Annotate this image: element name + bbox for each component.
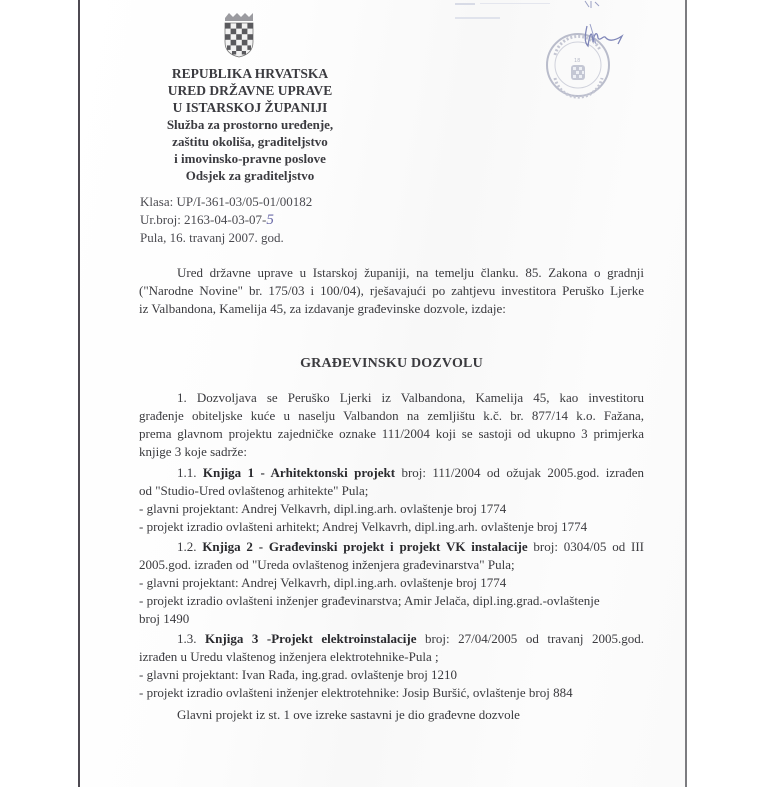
intro-paragraph: Ured državne uprave u Istarskoj županiji…	[139, 264, 644, 318]
book-3-section: 1.3. Knjiga 3 -Projekt elektroinstalacij…	[139, 630, 644, 702]
urbroj-handwritten: 5	[266, 212, 274, 228]
book-1-title: Knjiga 1 - Arhitektonski projekt	[203, 465, 395, 480]
book-2-details: broj: 0304/05 od III	[528, 539, 644, 554]
header-line: URED DRŽAVNE UPRAVE	[140, 82, 360, 99]
book-3-line: 1.3. Knjiga 3 -Projekt elektroinstalacij…	[139, 630, 644, 648]
intro-line: Ured državne uprave u Istarskoj županiji…	[139, 264, 644, 282]
book-1-line: - projekt izradio ovlašteni arhitekt; An…	[139, 518, 644, 536]
book-1-number: 1.1.	[177, 465, 197, 480]
urbroj-number: Ur.broj: 2163-04-03-07-5	[140, 211, 312, 230]
book-2-line: broj 1490	[139, 610, 644, 628]
book-3-number: 1.3.	[177, 631, 197, 646]
faint-header-marks	[455, 0, 605, 10]
point-1-paragraph: 1. Dozvoljava se Peruško Ljerki iz Valba…	[139, 389, 644, 461]
book-3-line: izrađen u Uredu vlaštenog inženjera elek…	[139, 648, 644, 666]
book-1-details: broj: 111/2004 od ožujak 2005.god. izrađ…	[395, 465, 644, 480]
book-2-title: Knjiga 2 - Građevinski projekt i projekt…	[202, 539, 527, 554]
book-2-line: - glavni projektant: Andrej Velkavrh, di…	[139, 574, 644, 592]
book-2-number: 1.2.	[177, 539, 197, 554]
book-2-line: - projekt izradio ovlašteni inženjer gra…	[139, 592, 644, 610]
intro-line: ("Narodne Novine" br. 175/03 i 100/04), …	[139, 282, 644, 300]
book-2-line: 1.2. Knjiga 2 - Građevinski projekt i pr…	[139, 538, 644, 556]
issuer-header: REPUBLIKA HRVATSKA URED DRŽAVNE UPRAVE U…	[140, 65, 360, 184]
faint-text-line	[455, 17, 500, 19]
book-3-details: broj: 27/04/2005 od travanj 2005.god.	[416, 631, 644, 646]
urbroj-prefix: Ur.broj: 2163-04-03-07-	[140, 212, 266, 227]
header-line: zaštitu okoliša, graditeljstvo	[140, 133, 360, 150]
point-1-line: 1. Dozvoljava se Peruško Ljerki iz Valba…	[139, 389, 644, 407]
closing-line: Glavni projekt iz st. 1 ove izreke sasta…	[139, 706, 644, 724]
point-1-line: knjige 3 koje sadrže:	[139, 443, 644, 461]
book-1-line: - glavni projektant: Andrej Velkavrh, di…	[139, 500, 644, 518]
header-line: U ISTARSKOJ ŽUPANIJI	[140, 99, 360, 116]
header-line: i imovinsko-pravne poslove	[140, 150, 360, 167]
klasa-number: Klasa: UP/I-361-03/05-01/00182	[140, 193, 312, 211]
book-3-line: - projekt izradio ovlašteni inženjer ele…	[139, 684, 644, 702]
book-1-section: 1.1. Knjiga 1 - Arhitektonski projekt br…	[139, 464, 644, 536]
header-line: REPUBLIKA HRVATSKA	[140, 65, 360, 82]
book-1-line: od "Studio-Ured ovlaštenog arhitekte" Pu…	[139, 482, 644, 500]
point-1-line: građenje obiteljske kuće u naselju Valba…	[139, 407, 644, 425]
document-title: GRAĐEVINSKU DOZVOLU	[139, 356, 644, 372]
document-meta: Klasa: UP/I-361-03/05-01/00182 Ur.broj: …	[140, 193, 312, 247]
croatian-coat-of-arms-icon	[222, 12, 256, 58]
book-2-line: 2005.god. izrađen od "Ureda ovlaštenog i…	[139, 556, 644, 574]
book-1-line: 1.1. Knjiga 1 - Arhitektonski projekt br…	[139, 464, 644, 482]
book-3-title: Knjiga 3 -Projekt elektroinstalacije	[205, 631, 416, 646]
book-2-section: 1.2. Knjiga 2 - Građevinski projekt i pr…	[139, 538, 644, 628]
intro-line: iz Valbandona, Kamelija 45, za izdavanje…	[139, 300, 644, 318]
svg-text:18: 18	[574, 58, 580, 64]
header-line: Služba za prostorno uređenje,	[140, 116, 360, 133]
place-date: Pula, 16. travanj 2007. god.	[140, 229, 312, 247]
official-round-stamp-icon: 18	[530, 20, 640, 100]
point-1-line: prema glavnom projektu zajedničke oznake…	[139, 425, 644, 443]
closing-paragraph: Glavni projekt iz st. 1 ove izreke sasta…	[139, 706, 644, 724]
header-line: Odsjek za graditeljstvo	[140, 167, 360, 184]
book-3-line: - glavni projektant: Ivan Rađa, ing.grad…	[139, 666, 644, 684]
